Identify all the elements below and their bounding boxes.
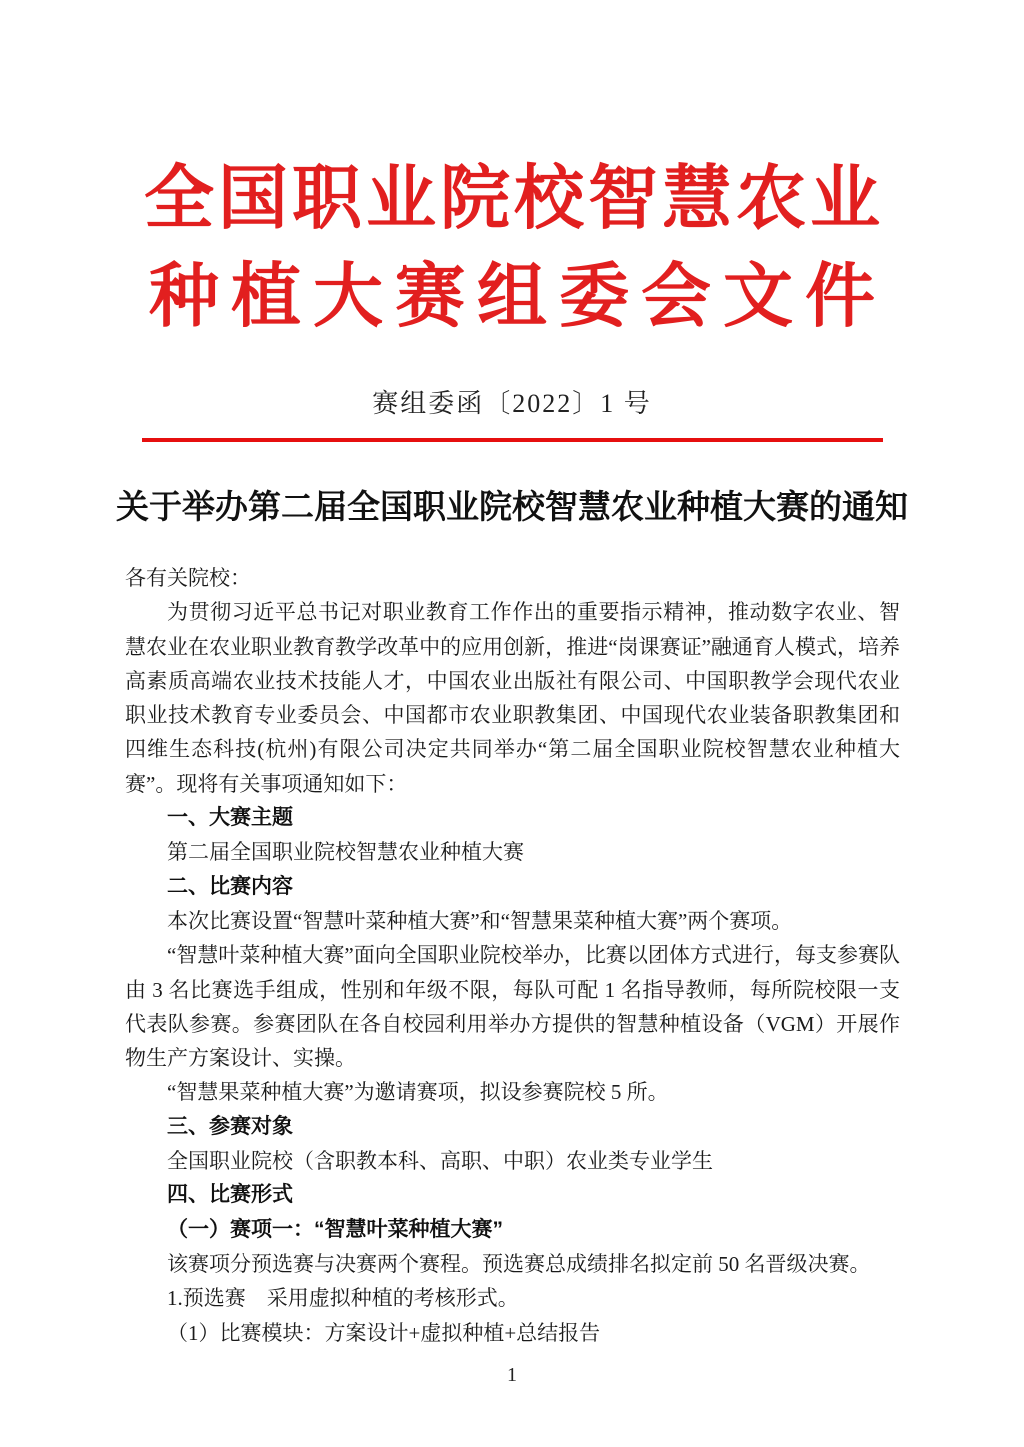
paragraph-content-overview: 本次比赛设置“智慧叶菜种植大赛”和“智慧果菜种植大赛”两个赛项。 [125, 904, 900, 938]
paragraph-fruit-vegetable-contest: “智慧果菜种植大赛”为邀请赛项，拟设参赛院校 5 所。 [125, 1075, 900, 1109]
letterhead: 全国职业院校智慧农业 种植大赛组委会文件 [0, 0, 1024, 347]
paragraph-competition-modules: （1）比赛模块：方案设计+虚拟种植+总结报告 [125, 1316, 900, 1350]
document-number: 赛组委函〔2022〕1 号 [0, 389, 1024, 419]
heading-competition-format: 四、比赛形式 [125, 1178, 900, 1212]
page-number: 1 [0, 1363, 1024, 1387]
red-divider-rule [142, 438, 883, 442]
heading-participants: 三、参赛对象 [125, 1110, 900, 1144]
paragraph-theme-name: 第二届全国职业院校智慧农业种植大赛 [125, 835, 900, 869]
paragraph-leafy-vegetable-contest: “智慧叶菜种植大赛”面向全国职业院校举办，比赛以团体方式进行，每支参赛队由 3 … [125, 938, 900, 1075]
subheading-event-one: （一）赛项一：“智慧叶菜种植大赛” [125, 1213, 900, 1247]
paragraph-preliminary-format: 1.预选赛 采用虚拟种植的考核形式。 [125, 1281, 900, 1315]
document-page: 全国职业院校智慧农业 种植大赛组委会文件 赛组委函〔2022〕1 号 关于举办第… [0, 0, 1024, 1447]
notice-body: 各有关院校： 为贯彻习近平总书记对职业教育工作作出的重要指示精神，推动数字农业、… [0, 561, 1024, 1350]
paragraph-event-stages: 该赛项分预选赛与决赛两个赛程。预选赛总成绩排名拟定前 50 名晋级决赛。 [125, 1247, 900, 1281]
heading-competition-theme: 一、大赛主题 [125, 801, 900, 835]
intro-paragraph: 为贯彻习近平总书记对职业教育工作作出的重要指示精神，推动数字农业、智慧农业在农业… [125, 595, 900, 801]
salutation-line: 各有关院校： [125, 561, 900, 595]
heading-competition-content: 二、比赛内容 [125, 870, 900, 904]
letterhead-line-1: 全国职业院校智慧农业 [0, 151, 1024, 249]
paragraph-participants: 全国职业院校（含职教本科、高职、中职）农业类专业学生 [125, 1144, 900, 1178]
notice-title: 关于举办第二届全国职业院校智慧农业种植大赛的通知 [0, 486, 1024, 530]
letterhead-line-2: 种植大赛组委会文件 [0, 249, 1024, 347]
